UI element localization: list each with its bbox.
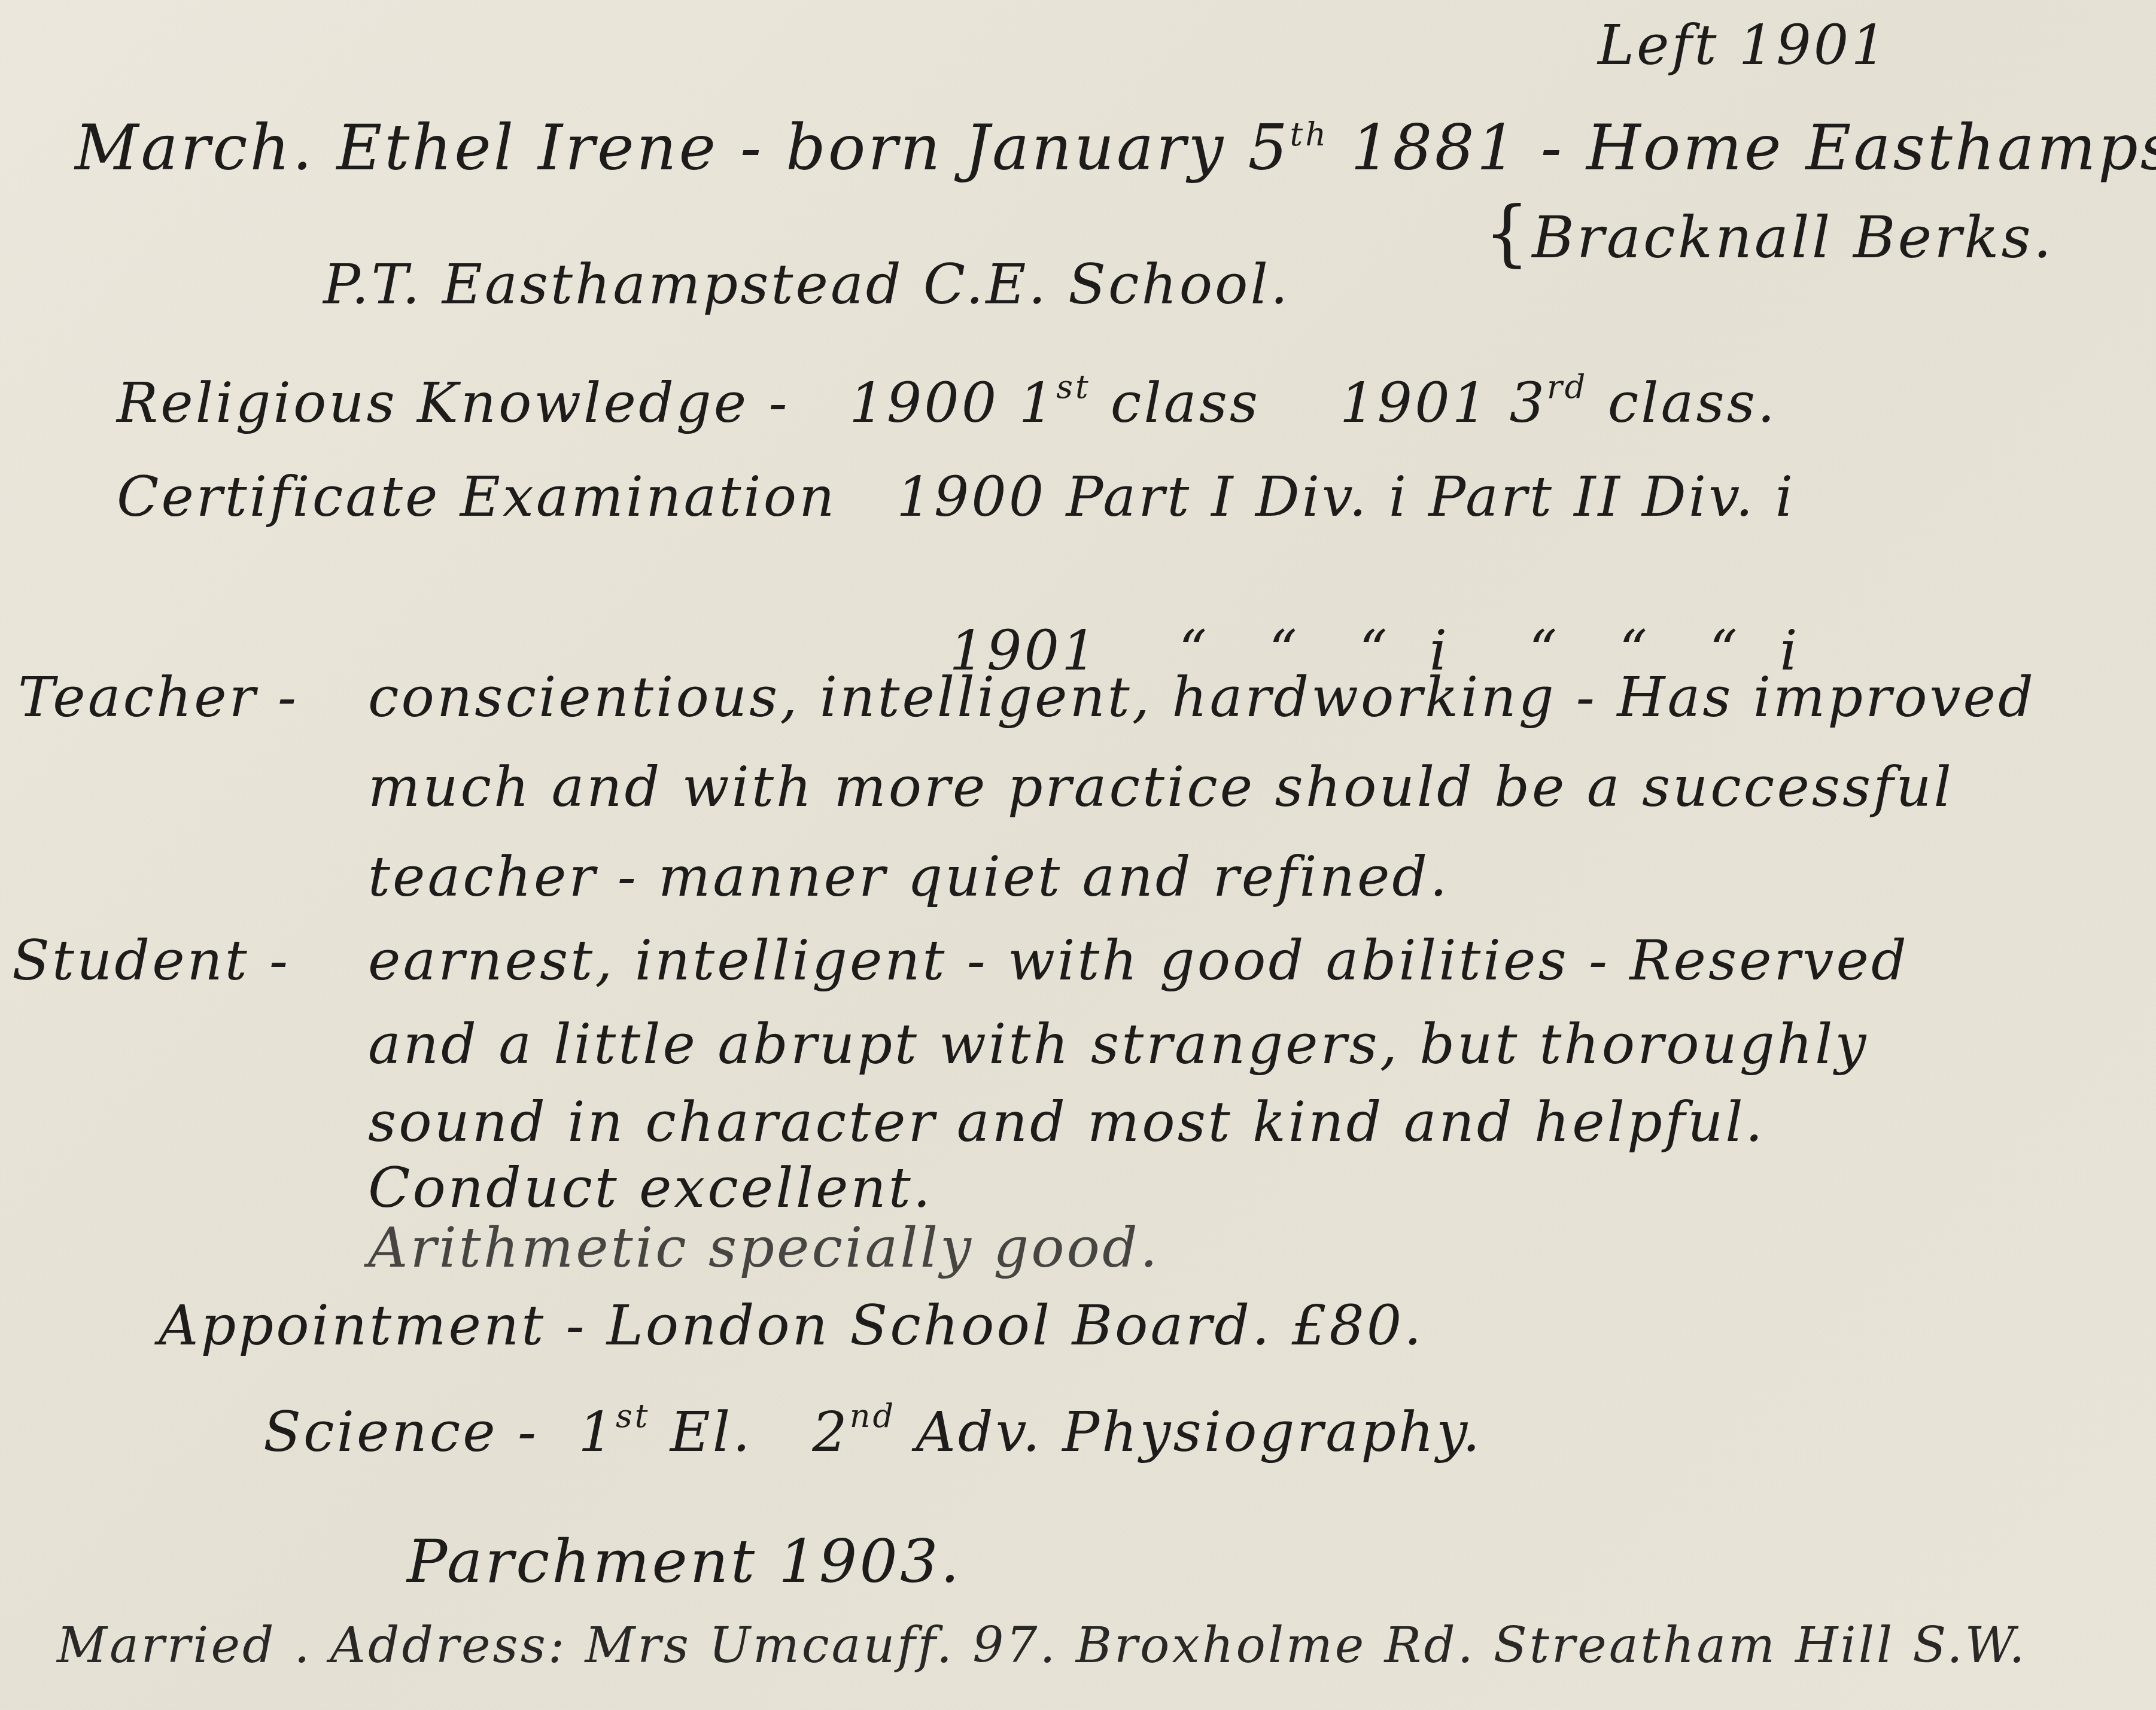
rk-y1-sup: st [1056, 368, 1090, 406]
teacher-line-3: teacher - manner quiet and refined. [368, 850, 1450, 905]
science-first-rest: El. [670, 1400, 753, 1464]
left-date: Left 1901 [1598, 18, 1889, 73]
science-second-sup: nd [850, 1397, 896, 1435]
appointment-line: Appointment - London School Board. £80. [159, 1298, 1424, 1353]
rk-y2-sup: rd [1547, 368, 1588, 406]
born-year: 1881 - [1351, 111, 1564, 184]
student-label: Student - [12, 933, 290, 988]
certificate-line: Certificate Examination 1900 Part I Div.… [117, 470, 1795, 525]
student-line-1: earnest, intelligent - with good abiliti… [368, 933, 1909, 988]
born-sup: th [1290, 115, 1328, 153]
teacher-line-1: conscientious, intelligent, hardworking … [368, 670, 2036, 725]
rk-y1-class: class [1111, 371, 1260, 435]
rk-y2: 1901 3 [1340, 371, 1547, 435]
born-date: January 5 [965, 111, 1290, 184]
student-line-2: and a little abrupt with strangers, but … [368, 1017, 1868, 1072]
parchment-line: Parchment 1903. [407, 1532, 962, 1592]
teacher-line-2: much and with more practice should be a … [368, 760, 1954, 815]
home-place-2-text: Bracknall Berks. [1532, 204, 2054, 271]
certificate-row2: 1901 “ “ “ i “ “ “ i [910, 568, 1800, 678]
pupil-teacher-line: P.T. Easthampstead C.E. School. [323, 257, 1290, 312]
rk-y1: 1900 1 [849, 371, 1056, 435]
header-line: March. Ethel Irene - born January 5th 18… [75, 117, 2156, 179]
married-line: Married . Address: Mrs Umcauff. 97. Brox… [57, 1621, 2027, 1671]
cert-label: Certificate Examination [117, 465, 837, 529]
brace: { [1484, 191, 1532, 275]
cert-row1: 1900 Part I Div. i Part II Div. i [896, 465, 1795, 529]
science-label: Science - [263, 1400, 539, 1464]
science-first: 1 [578, 1400, 616, 1464]
forenames: Ethel Irene - [337, 111, 764, 184]
home-label: Home [1586, 111, 1783, 184]
student-line-5: Arithmetic specially good. [368, 1221, 1160, 1276]
home-place: Easthampstead [1806, 111, 2156, 184]
science-first-sup: st [616, 1397, 650, 1435]
student-line-3: sound in character and most kind and hel… [368, 1095, 1765, 1150]
student-line-4: Conduct excellent. [368, 1161, 933, 1216]
teacher-label: Teacher - [18, 670, 299, 725]
rk-y2-class: class. [1608, 371, 1777, 435]
home-place-2: {Bracknall Berks. [1484, 197, 2054, 269]
science-second-rest: Adv. Physiography. [916, 1400, 1482, 1464]
science-second: 2 [812, 1400, 850, 1464]
surname: March. [75, 111, 315, 184]
born-label: born [786, 111, 942, 184]
religious-knowledge-line: Religious Knowledge - 1900 1st class 190… [117, 371, 1777, 431]
rk-label: Religious Knowledge - [117, 371, 790, 435]
science-line: Science - 1st El. 2nd Adv. Physiography. [263, 1400, 1482, 1460]
